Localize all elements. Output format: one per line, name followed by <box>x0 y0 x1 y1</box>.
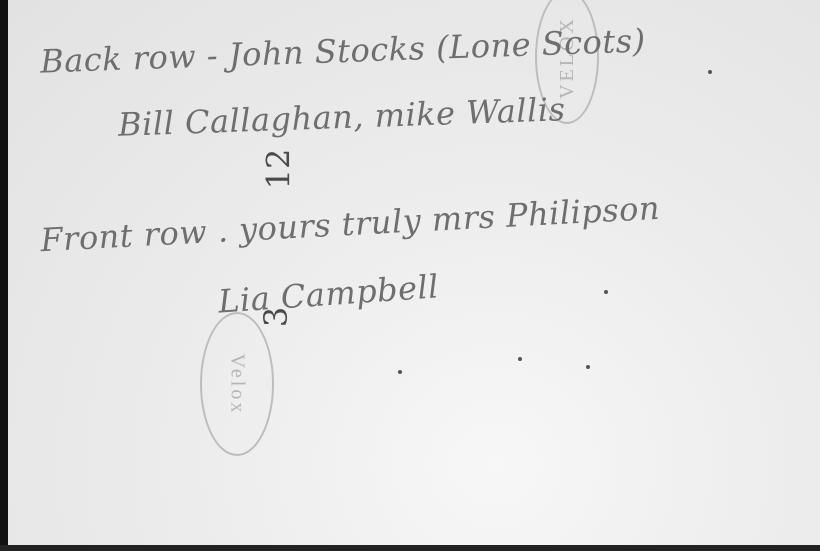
speck <box>398 370 402 374</box>
speck <box>586 365 590 369</box>
photo-back: VELOX Velox Back row - John Stocks (Lone… <box>8 0 820 546</box>
photo-left-edge <box>0 0 8 551</box>
handwriting-back-row-names: Bill Callaghan, mike Wallis <box>117 90 566 144</box>
pencil-number-12: 12 <box>259 149 297 190</box>
velox-stamp-bottom-text: Velox <box>225 353 248 415</box>
handwriting-front-row-names: Lia Campbell <box>217 267 440 320</box>
pencil-number-3: 3 <box>257 307 295 327</box>
speck <box>604 290 608 294</box>
velox-stamp-bottom: Velox <box>200 312 274 456</box>
photo-bottom-edge <box>0 545 820 551</box>
speck <box>518 357 522 361</box>
handwriting-front-row: Front row . yours truly mrs Philipson <box>39 189 660 259</box>
speck <box>708 70 712 74</box>
